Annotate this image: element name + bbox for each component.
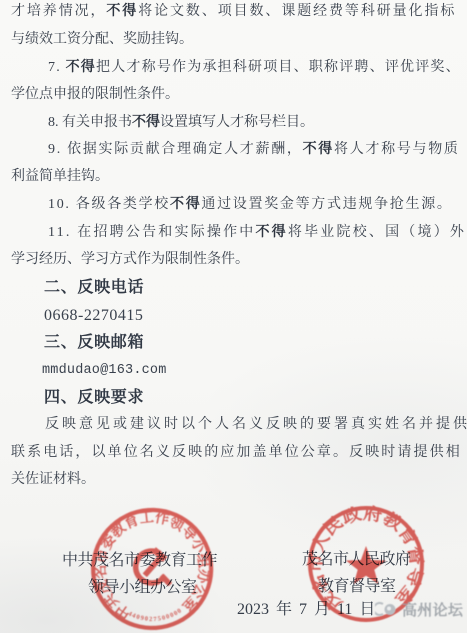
scanned-document-page: 才培养情况，不得将论文数、项目数、课题经费等科研量化指标 与绩效工资分配、奖励挂…	[0, 0, 467, 633]
star-icon	[346, 546, 386, 584]
body-line: 才培养情况，不得将论文数、项目数、课题经费等科研量化指标	[11, 2, 456, 22]
email-address: mmdudao@163.com	[42, 361, 167, 381]
text-segment: 8. 有关申报书	[48, 115, 132, 130]
body-line: 11. 在招聘公告和实际操作中不得将毕业院校、国（境）外	[48, 223, 466, 243]
section-heading-phone: 二、反映电话	[44, 278, 144, 298]
text-segment: 把人才称号作为承担科研项目、职称评聘、评优评奖、	[96, 60, 461, 75]
text-segment: 通过设置奖金等方式违规争抢生源。	[201, 197, 452, 212]
body-line: 9. 依据实际贡献合理确定人才薪酬，不得将人才称号与物质	[48, 140, 460, 160]
body-line: 关佐证材料。	[11, 470, 95, 490]
body-line: 8. 有关申报书不得设置填写人才称号栏目。	[48, 113, 314, 133]
body-line: 与绩效工资分配、奖励挂钩。	[11, 30, 193, 50]
forum-logo-icon	[375, 601, 399, 618]
text-segment: 学习经历、学习方式作为限制性条件。	[11, 252, 249, 267]
body-line: 反映意见或建议时以个人名义反映的要署真实姓名并提供	[45, 415, 467, 435]
body-line: 联系电话，以单位名义反映的应加盖单位公章。反映时请提供相	[11, 443, 462, 463]
text-segment: 利益简单挂钩。	[11, 169, 109, 184]
text-segment: 将论文数、项目数、课题经费等科研量化指标	[138, 4, 456, 19]
text-segment: 11. 在招聘公告和实际操作中	[48, 225, 255, 240]
section-heading-requirements: 四、反映要求	[44, 388, 144, 408]
section-heading-email: 三、反映邮箱	[44, 333, 144, 353]
email-text: mmdudao@163.com	[42, 363, 167, 378]
body-line: 7. 不得把人才称号作为承担科研项目、职称评聘、评优评奖、	[48, 58, 461, 78]
text-segment: 联系电话，以单位名义反映的应加盖单位公章。反映时请提供相	[11, 445, 462, 460]
text-segment: 关佐证材料。	[11, 472, 95, 487]
heading-text: 三、反映邮箱	[44, 334, 144, 351]
text-segment: 10. 各级各类学校	[48, 197, 170, 212]
text-segment-bold: 不得	[132, 115, 160, 130]
text-segment: 将人才称号与物质	[334, 142, 460, 157]
hammer-sickle-icon	[134, 546, 172, 588]
text-segment-bold: 不得	[106, 4, 138, 19]
watermark-text: 高州论坛	[402, 602, 463, 619]
body-line: 学习经历、学习方式作为限制性条件。	[11, 250, 249, 270]
forum-watermark: 高州论坛	[402, 601, 463, 621]
text-segment: 反映意见或建议时以个人名义反映的要署真实姓名并提供	[45, 417, 467, 432]
text-segment: 设置填写人才称号栏目。	[160, 115, 314, 130]
text-segment: 学位点申报的限制性条件。	[11, 87, 179, 102]
text-segment: 9. 依据实际贡献合理确定人才薪酬，	[48, 142, 303, 157]
official-seal-left: 中共茂名市委教育工作领导小组办公室 4409027500000	[82, 499, 223, 633]
body-line: 学位点申报的限制性条件。	[11, 85, 179, 105]
text-segment-bold: 不得	[255, 225, 287, 240]
text-segment: 将毕业院校、国（境）外	[288, 225, 466, 240]
text-segment: 与绩效工资分配、奖励挂钩。	[11, 32, 193, 47]
phone-text: 0668-2270415	[44, 307, 143, 324]
body-line: 利益简单挂钩。	[11, 167, 109, 187]
text-segment-bold: 不得	[66, 60, 96, 75]
text-segment-bold: 不得	[170, 197, 201, 212]
text-segment-bold: 不得	[303, 142, 334, 157]
heading-text: 二、反映电话	[44, 279, 144, 296]
text-segment: 才培养情况，	[11, 4, 106, 19]
phone-number: 0668-2270415	[44, 306, 143, 326]
body-line: 10. 各级各类学校不得通过设置奖金等方式违规争抢生源。	[48, 195, 453, 215]
heading-text: 四、反映要求	[44, 389, 144, 406]
text-segment: 7.	[48, 60, 66, 75]
